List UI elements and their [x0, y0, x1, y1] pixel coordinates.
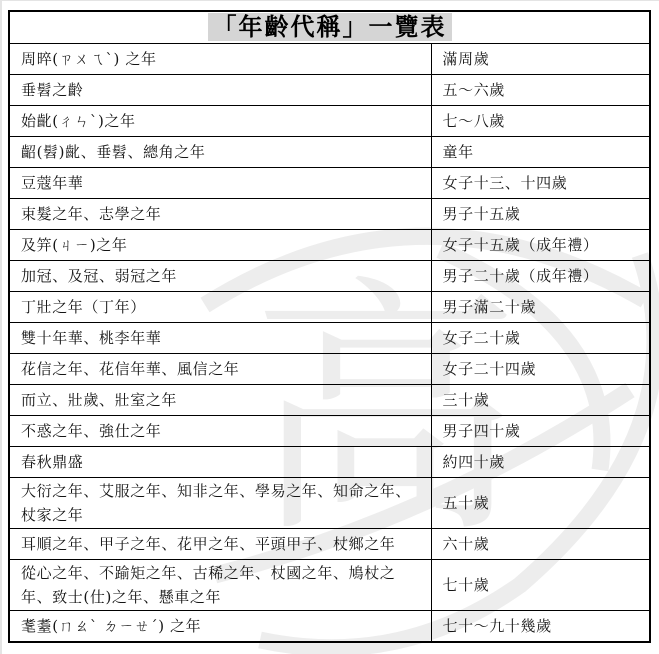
- term-cell: 周晬(ㄗㄨㄟˋ) 之年: [9, 44, 431, 75]
- table-row: 從心之年、不踰矩之年、古稀之年、杖國之年、鳩杖之年、致士(仕)之年、懸車之年 七…: [9, 560, 650, 611]
- term-cell: 耳順之年、甲子之年、花甲之年、平頭甲子、杖鄉之年: [9, 529, 431, 560]
- table-row: 周晬(ㄗㄨㄟˋ) 之年 滿周歲: [9, 44, 650, 75]
- table-row: 丁壯之年（丁年） 男子滿二十歲: [9, 292, 650, 323]
- term-cell: 而立、壯歲、壯室之年: [9, 385, 431, 416]
- table-row: 耳順之年、甲子之年、花甲之年、平頭甲子、杖鄉之年 六十歲: [9, 529, 650, 560]
- table-row: 束髮之年、志學之年 男子十五歲: [9, 199, 650, 230]
- age-cell: 男子十五歲: [431, 199, 650, 230]
- term-cell: 耄耋(ㄇㄠˋ ㄉㄧㄝˊ) 之年: [9, 611, 431, 643]
- page-title: 「年齡代稱」一覽表: [208, 13, 452, 41]
- age-cell: 男子四十歲: [431, 416, 650, 447]
- term-cell: 豆蔻年華: [9, 168, 431, 199]
- term-cell: 從心之年、不踰矩之年、古稀之年、杖國之年、鳩杖之年、致士(仕)之年、懸車之年: [9, 560, 431, 611]
- age-cell: 女子二十歲: [431, 323, 650, 354]
- term-cell: 大衍之年、艾服之年、知非之年、學易之年、知命之年、杖家之年: [9, 478, 431, 529]
- age-cell: 女子十五歲（成年禮）: [431, 230, 650, 261]
- age-cell: 女子二十四歲: [431, 354, 650, 385]
- table-row: 及笄(ㄐㄧ)之年 女子十五歲（成年禮）: [9, 230, 650, 261]
- age-cell: 七～八歲: [431, 106, 650, 137]
- table-row: 加冠、及冠、弱冠之年 男子二十歲（成年禮）: [9, 261, 650, 292]
- term-cell: 垂髫之齡: [9, 75, 431, 106]
- age-cell: 六十歲: [431, 529, 650, 560]
- age-cell: 滿周歲: [431, 44, 650, 75]
- term-cell: 雙十年華、桃李年華: [9, 323, 431, 354]
- age-cell: 約四十歲: [431, 447, 650, 478]
- table-title-cell: 「年齡代稱」一覽表: [9, 11, 650, 44]
- table-row: 春秋鼎盛 約四十歲: [9, 447, 650, 478]
- age-cell: 五～六歲: [431, 75, 650, 106]
- age-cell: 五十歲: [431, 478, 650, 529]
- table-row: 不惑之年、強仕之年 男子四十歲: [9, 416, 650, 447]
- age-cell: 女子十三、十四歲: [431, 168, 650, 199]
- term-cell: 不惑之年、強仕之年: [9, 416, 431, 447]
- age-terms-table: 「年齡代稱」一覽表 周晬(ㄗㄨㄟˋ) 之年 滿周歲 垂髫之齡 五～六歲 始齔(ㄔ…: [8, 10, 651, 643]
- table-row: 豆蔻年華 女子十三、十四歲: [9, 168, 650, 199]
- table-row: 花信之年、花信年華、風信之年 女子二十四歲: [9, 354, 650, 385]
- term-cell: 始齔(ㄔㄣˋ)之年: [9, 106, 431, 137]
- age-cell: 七十歲: [431, 560, 650, 611]
- table-row: 齠(髫)齔、垂髫、總角之年 童年: [9, 137, 650, 168]
- table-row: 雙十年華、桃李年華 女子二十歲: [9, 323, 650, 354]
- age-cell: 男子二十歲（成年禮）: [431, 261, 650, 292]
- term-cell: 丁壯之年（丁年）: [9, 292, 431, 323]
- table-row: 垂髫之齡 五～六歲: [9, 75, 650, 106]
- table-row: 始齔(ㄔㄣˋ)之年 七～八歲: [9, 106, 650, 137]
- age-cell: 男子滿二十歲: [431, 292, 650, 323]
- age-cell: 童年: [431, 137, 650, 168]
- table-title-row: 「年齡代稱」一覽表: [9, 11, 650, 44]
- term-cell: 春秋鼎盛: [9, 447, 431, 478]
- age-cell: 七十～九十幾歲: [431, 611, 650, 643]
- table-row: 大衍之年、艾服之年、知非之年、學易之年、知命之年、杖家之年 五十歲: [9, 478, 650, 529]
- table-row: 耄耋(ㄇㄠˋ ㄉㄧㄝˊ) 之年 七十～九十幾歲: [9, 611, 650, 643]
- term-cell: 齠(髫)齔、垂髫、總角之年: [9, 137, 431, 168]
- age-cell: 三十歲: [431, 385, 650, 416]
- term-cell: 束髮之年、志學之年: [9, 199, 431, 230]
- table-row: 而立、壯歲、壯室之年 三十歲: [9, 385, 650, 416]
- term-cell: 加冠、及冠、弱冠之年: [9, 261, 431, 292]
- term-cell: 及笄(ㄐㄧ)之年: [9, 230, 431, 261]
- term-cell: 花信之年、花信年華、風信之年: [9, 354, 431, 385]
